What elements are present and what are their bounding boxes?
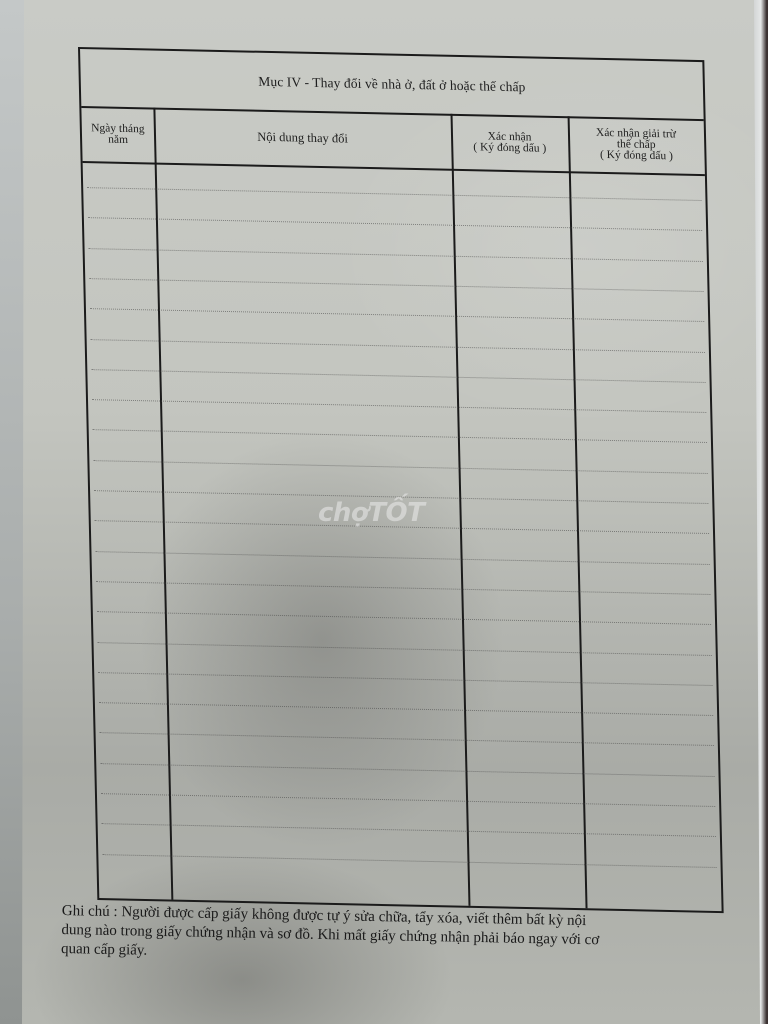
changes-table: Mục IV - Thay đổi về nhà ở, đất ở hoặc t… — [78, 47, 724, 913]
watermark-logo: chợTỐT — [318, 498, 424, 528]
table-row-line — [98, 672, 712, 686]
table-row-line — [100, 733, 714, 747]
table-row-line — [93, 460, 707, 474]
header-content-line-1: Nội dung thay đổi — [257, 132, 348, 145]
table-row-line — [91, 339, 705, 353]
table-row-line — [89, 278, 703, 292]
header-content: Nội dung thay đổi — [153, 108, 451, 169]
table-row-line — [102, 854, 716, 868]
table-row-line — [101, 793, 715, 807]
header-release: Xác nhận giải trừ thế chấp ( Ký đóng dấu… — [568, 116, 705, 174]
table-row-line — [87, 187, 701, 201]
table-row-line — [89, 248, 703, 262]
header-date-line-2: năm — [108, 134, 128, 145]
section-title-text: Mục IV - Thay đổi về nhà ở, đất ở hoặc t… — [258, 73, 526, 95]
table-row-line — [97, 642, 711, 656]
table-row-line — [93, 430, 707, 444]
table-row-line — [95, 551, 709, 565]
table-row-line — [99, 702, 713, 716]
header-date: Ngày tháng năm — [81, 106, 154, 163]
table-row-line — [97, 611, 711, 625]
table-row-line — [88, 217, 702, 231]
header-release-line-3: ( Ký đóng dấu ) — [600, 150, 673, 163]
table-row-line — [91, 369, 705, 383]
table-row-line — [90, 308, 704, 322]
background-left — [0, 0, 26, 1024]
table-row-line — [102, 823, 716, 837]
header-confirm-line-2: ( Ký đóng dấu ) — [473, 142, 546, 155]
header-confirm: Xác nhận ( Ký đóng dấu ) — [451, 114, 569, 171]
table-row-line — [100, 763, 714, 777]
table-row-line — [92, 399, 706, 413]
table-body — [83, 161, 722, 911]
table-row-line — [96, 581, 710, 595]
